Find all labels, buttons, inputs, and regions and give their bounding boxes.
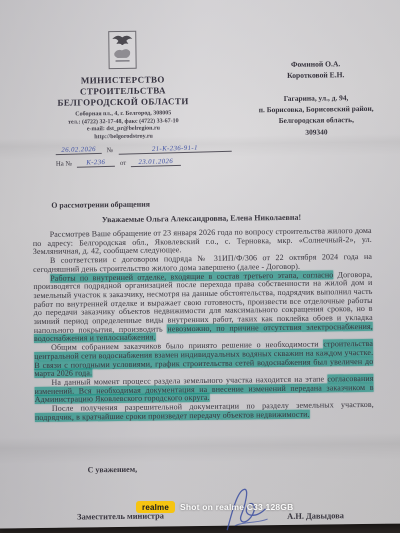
incoming-date-handwritten: 23.01.2026 — [131, 158, 181, 167]
text-line: Коротковой Е.Н. — [238, 69, 394, 82]
salutation: Уважаемые Ольга Александровна, Елена Ник… — [32, 212, 370, 225]
signer-name: А.Н. Давыдова — [287, 511, 344, 521]
coat-of-arms-icon — [108, 31, 136, 69]
ministry-name: МИНИСТЕРСТВОСТРОИТЕЛЬСТВАБЕЛГОРОДСКОЙ ОБ… — [23, 74, 223, 109]
body-paragraph: Работы по внутренней отделке, входящие в… — [33, 270, 373, 344]
body-paragraph: После получения разрешительной документа… — [35, 401, 374, 423]
photo-of-letter: МИНИСТЕРСТВОСТРОИТЕЛЬСТВАБЕЛГОРОДСКОЙ ОБ… — [0, 0, 400, 533]
watermark-text: Shot on realme C33 128GB — [180, 502, 293, 512]
camera-watermark: realme Shot on realme C33 128GB — [136, 501, 293, 513]
recipient-address: Гагарина, ул., д. 94,п. Борисовка, Борис… — [238, 92, 395, 139]
text-line: 309340 — [238, 125, 394, 138]
subject-line: О рассмотрении обращения — [51, 200, 150, 210]
outgoing-number-handwritten: 21-К-236-91-1 — [118, 144, 231, 155]
document-page: МИНИСТЕРСТВОСТРОИТЕЛЬСТВАБЕЛГОРОДСКОЙ ОБ… — [0, 0, 400, 528]
reply-to-label: На № — [56, 161, 72, 168]
body-paragraphs: Рассмотрев Ваше обращение от 23 января 2… — [33, 227, 374, 423]
page-content: МИНИСТЕРСТВОСТРОИТЕЛЬСТВАБЕЛГОРОДСКОЙ ОБ… — [0, 0, 400, 527]
outgoing-reference-row: 26.02.2026 № 21-К-236-91-1 — [56, 145, 231, 155]
realme-logo-badge: realme — [136, 501, 175, 513]
incoming-reference-row: На № К-236 от 23.01.2026 — [56, 158, 231, 168]
reference-block: 26.02.2026 № 21-К-236-91-1 На № К-236 от… — [56, 145, 231, 173]
from-label: от — [120, 160, 126, 167]
closing-phrase: С уважением, — [88, 465, 138, 475]
body-paragraph: Общим собранием заказчиков было принято … — [34, 340, 373, 379]
outgoing-date-handwritten: 26.02.2026 — [56, 146, 102, 155]
ministry-contacts: Соборная пл., 4, г. Белгород, 308005тел.… — [23, 110, 223, 142]
text-line: БЕЛГОРОДСКОЙ ОБЛАСТИ — [23, 95, 223, 108]
text-line: http://belgorodstroy.ru — [23, 132, 223, 142]
number-label: № — [107, 147, 114, 154]
recipient-block: Фоминой О.А.Коротковой Е.Н. Гагарина, ул… — [238, 58, 395, 139]
incoming-number-handwritten: К-236 — [77, 159, 115, 168]
recipient-names: Фоминой О.А.Коротковой Е.Н. — [238, 58, 394, 82]
coat-of-arms-graphic — [109, 32, 135, 68]
letterhead: МИНИСТЕРСТВОСТРОИТЕЛЬСТВАБЕЛГОРОДСКОЙ ОБ… — [22, 30, 223, 142]
